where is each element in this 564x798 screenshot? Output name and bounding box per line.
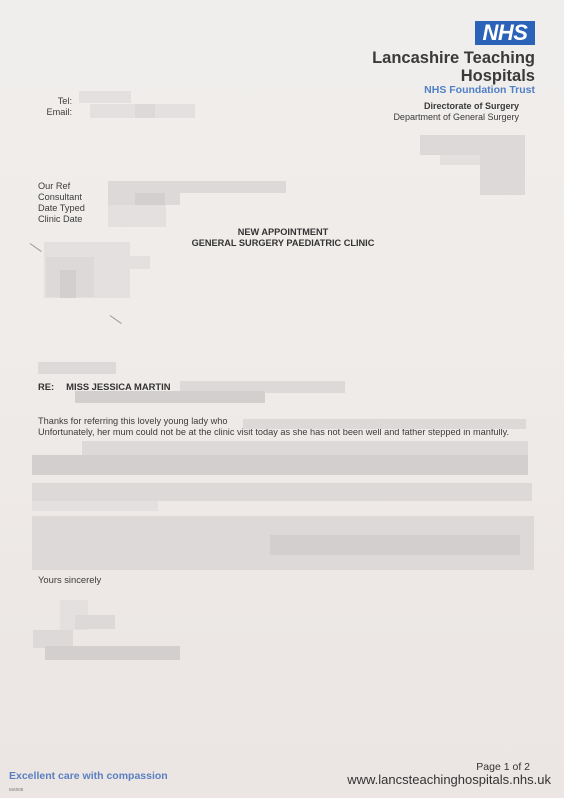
department: Department of General Surgery xyxy=(393,112,519,122)
letter-page: NHS Lancashire Teaching Hospitals NHS Fo… xyxy=(0,0,564,798)
nhs-logo: NHS xyxy=(475,21,535,45)
redacted-date xyxy=(38,362,116,374)
tagline: Excellent care with compassion xyxy=(9,770,168,782)
redacted-signature xyxy=(45,646,180,660)
organisation-name: Lancashire Teaching Hospitals xyxy=(372,49,535,85)
letter-heading: NEW APPOINTMENT GENERAL SURGERY PAEDIATR… xyxy=(160,227,406,249)
form-code: MS008 xyxy=(9,787,23,792)
redacted-body xyxy=(270,535,520,555)
tel-label: Tel: xyxy=(46,96,72,107)
redacted-block xyxy=(60,270,76,298)
redacted-address xyxy=(420,135,525,155)
scratch-mark xyxy=(110,315,122,324)
closing: Yours sincerely xyxy=(38,574,101,585)
trust-name: NHS Foundation Trust xyxy=(424,84,535,96)
our-ref-label: Our Ref xyxy=(38,181,85,192)
redacted-dates xyxy=(108,205,166,227)
redacted-patient-details xyxy=(75,391,265,403)
contact-labels: Tel: Email: xyxy=(46,96,72,118)
email-label: Email: xyxy=(46,107,72,118)
heading-line1: NEW APPOINTMENT xyxy=(160,227,406,238)
website-link[interactable]: www.lancsteachinghospitals.nhs.uk xyxy=(347,772,551,787)
redacted-signature xyxy=(75,615,115,629)
scratch-mark xyxy=(30,243,42,252)
redacted-tel xyxy=(79,91,131,103)
heading-line2: GENERAL SURGERY PAEDIATRIC CLINIC xyxy=(160,238,406,249)
redacted-block xyxy=(130,256,150,269)
redacted-block xyxy=(135,104,155,118)
redacted-address-part xyxy=(440,155,480,165)
clinic-date-label: Clinic Date xyxy=(38,214,85,225)
redacted-body xyxy=(32,483,532,501)
redacted-ref xyxy=(108,181,286,193)
directorate: Directorate of Surgery xyxy=(424,101,519,111)
re-label: RE: xyxy=(38,381,54,392)
organisation-name-line1: Lancashire Teaching xyxy=(372,49,535,67)
redacted-body xyxy=(32,455,528,475)
redacted-body xyxy=(82,441,528,455)
date-typed-label: Date Typed xyxy=(38,203,85,214)
redacted-address-part xyxy=(480,155,525,195)
redacted-body xyxy=(243,419,526,429)
consultant-label: Consultant xyxy=(38,192,85,203)
organisation-name-line2: Hospitals xyxy=(372,67,535,85)
reference-labels: Our Ref Consultant Date Typed Clinic Dat… xyxy=(38,181,85,225)
redacted-body xyxy=(32,501,158,511)
